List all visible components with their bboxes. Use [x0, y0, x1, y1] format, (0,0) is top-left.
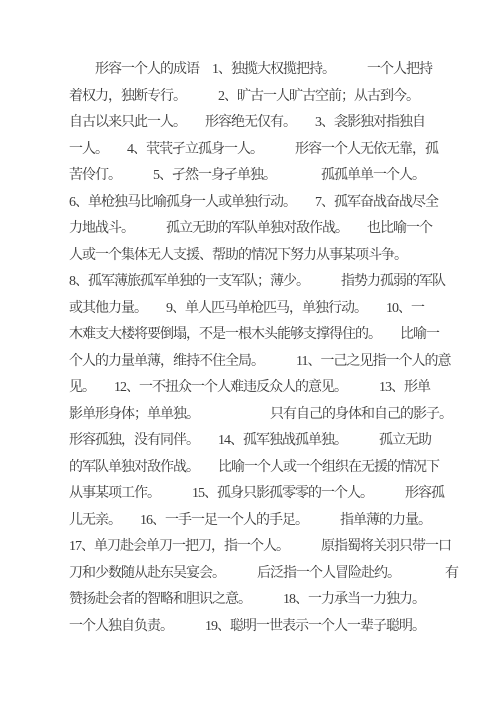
text-line: 人或一个集体无人支援、帮助的情况下努力从事某项斗争。	[69, 243, 441, 270]
text-line: 17、单刀赴会单刀一把刀，指一个人。 原指蜀将关羽只带一口	[69, 534, 441, 561]
text-line: 的军队单独对敌作战。 比喻一个人或一个组织在无援的情况下	[69, 455, 441, 482]
text-line: 见。 12、一不扭众一个人难违反众人的意见。 13、形单	[69, 375, 441, 402]
text-line: 自古以来只此一人。 形容绝无仅有。 3、衾影独对指独自	[69, 110, 441, 137]
text-line: 6、单枪独马比喻孤身一人或单独行动。 7、孤军奋战奋战尽全	[69, 190, 441, 217]
text-line: 赞扬赴会者的智略和胆识之意。 18、一力承当一力独力。	[69, 587, 441, 614]
text-line: 从事某项工作。 15、孤身只影孤零零的一个人。 形容孤	[69, 481, 441, 508]
text-line: 或其他力量。 9、单人匹马单枪匹马，单独行动。 10、一	[69, 296, 441, 323]
text-line: 着权力，独断专行。 2、旷古一人旷古空前；从古到今。	[69, 84, 441, 111]
text-line: 8、孤军薄旅孤军单独的一支军队；薄少。 指势力孤弱的军队	[69, 269, 441, 296]
text-line: 刀和少数随从赴东吴宴会。 后泛指一个人冒险赴约。 有	[69, 561, 441, 588]
text-line: 一个人独自负责。 19、聪明一世表示一个人一辈子聪明。	[69, 614, 441, 641]
text-line: 苦伶仃。 5、孑然一身孑单独。 孤孤单单一个人。	[69, 163, 441, 190]
text-line: 形容一个人的成语 1、独揽大权揽把持。 一个人把持	[69, 57, 441, 84]
text-line: 儿无亲。 16、一手一足一个人的手足。 指单薄的力量。	[69, 508, 441, 535]
text-line: 影单形身体；单单独。 只有自己的身体和自己的影子。	[69, 402, 441, 429]
document-page: 形容一个人的成语 1、独揽大权揽把持。 一个人把持 着权力，独断专行。 2、旷古…	[0, 0, 500, 707]
text-line: 一人。 4、茕茕孑立孤身一人。 形容一个人无依无靠，孤	[69, 137, 441, 164]
text-line: 形容孤独，没有同伴。 14、孤军独战孤单独。 孤立无助	[69, 428, 441, 455]
text-line: 力地战斗。 孤立无助的军队单独对敌作战。 也比喻一个	[69, 216, 441, 243]
text-block: 形容一个人的成语 1、独揽大权揽把持。 一个人把持 着权力，独断专行。 2、旷古…	[69, 57, 441, 640]
text-line: 个人的力量单薄，维持不住全局。 11、一己之见指一个人的意	[69, 349, 441, 376]
text-line: 木难支大楼将要倒塌，不是一根木头能够支撑得住的。 比喻一	[69, 322, 441, 349]
